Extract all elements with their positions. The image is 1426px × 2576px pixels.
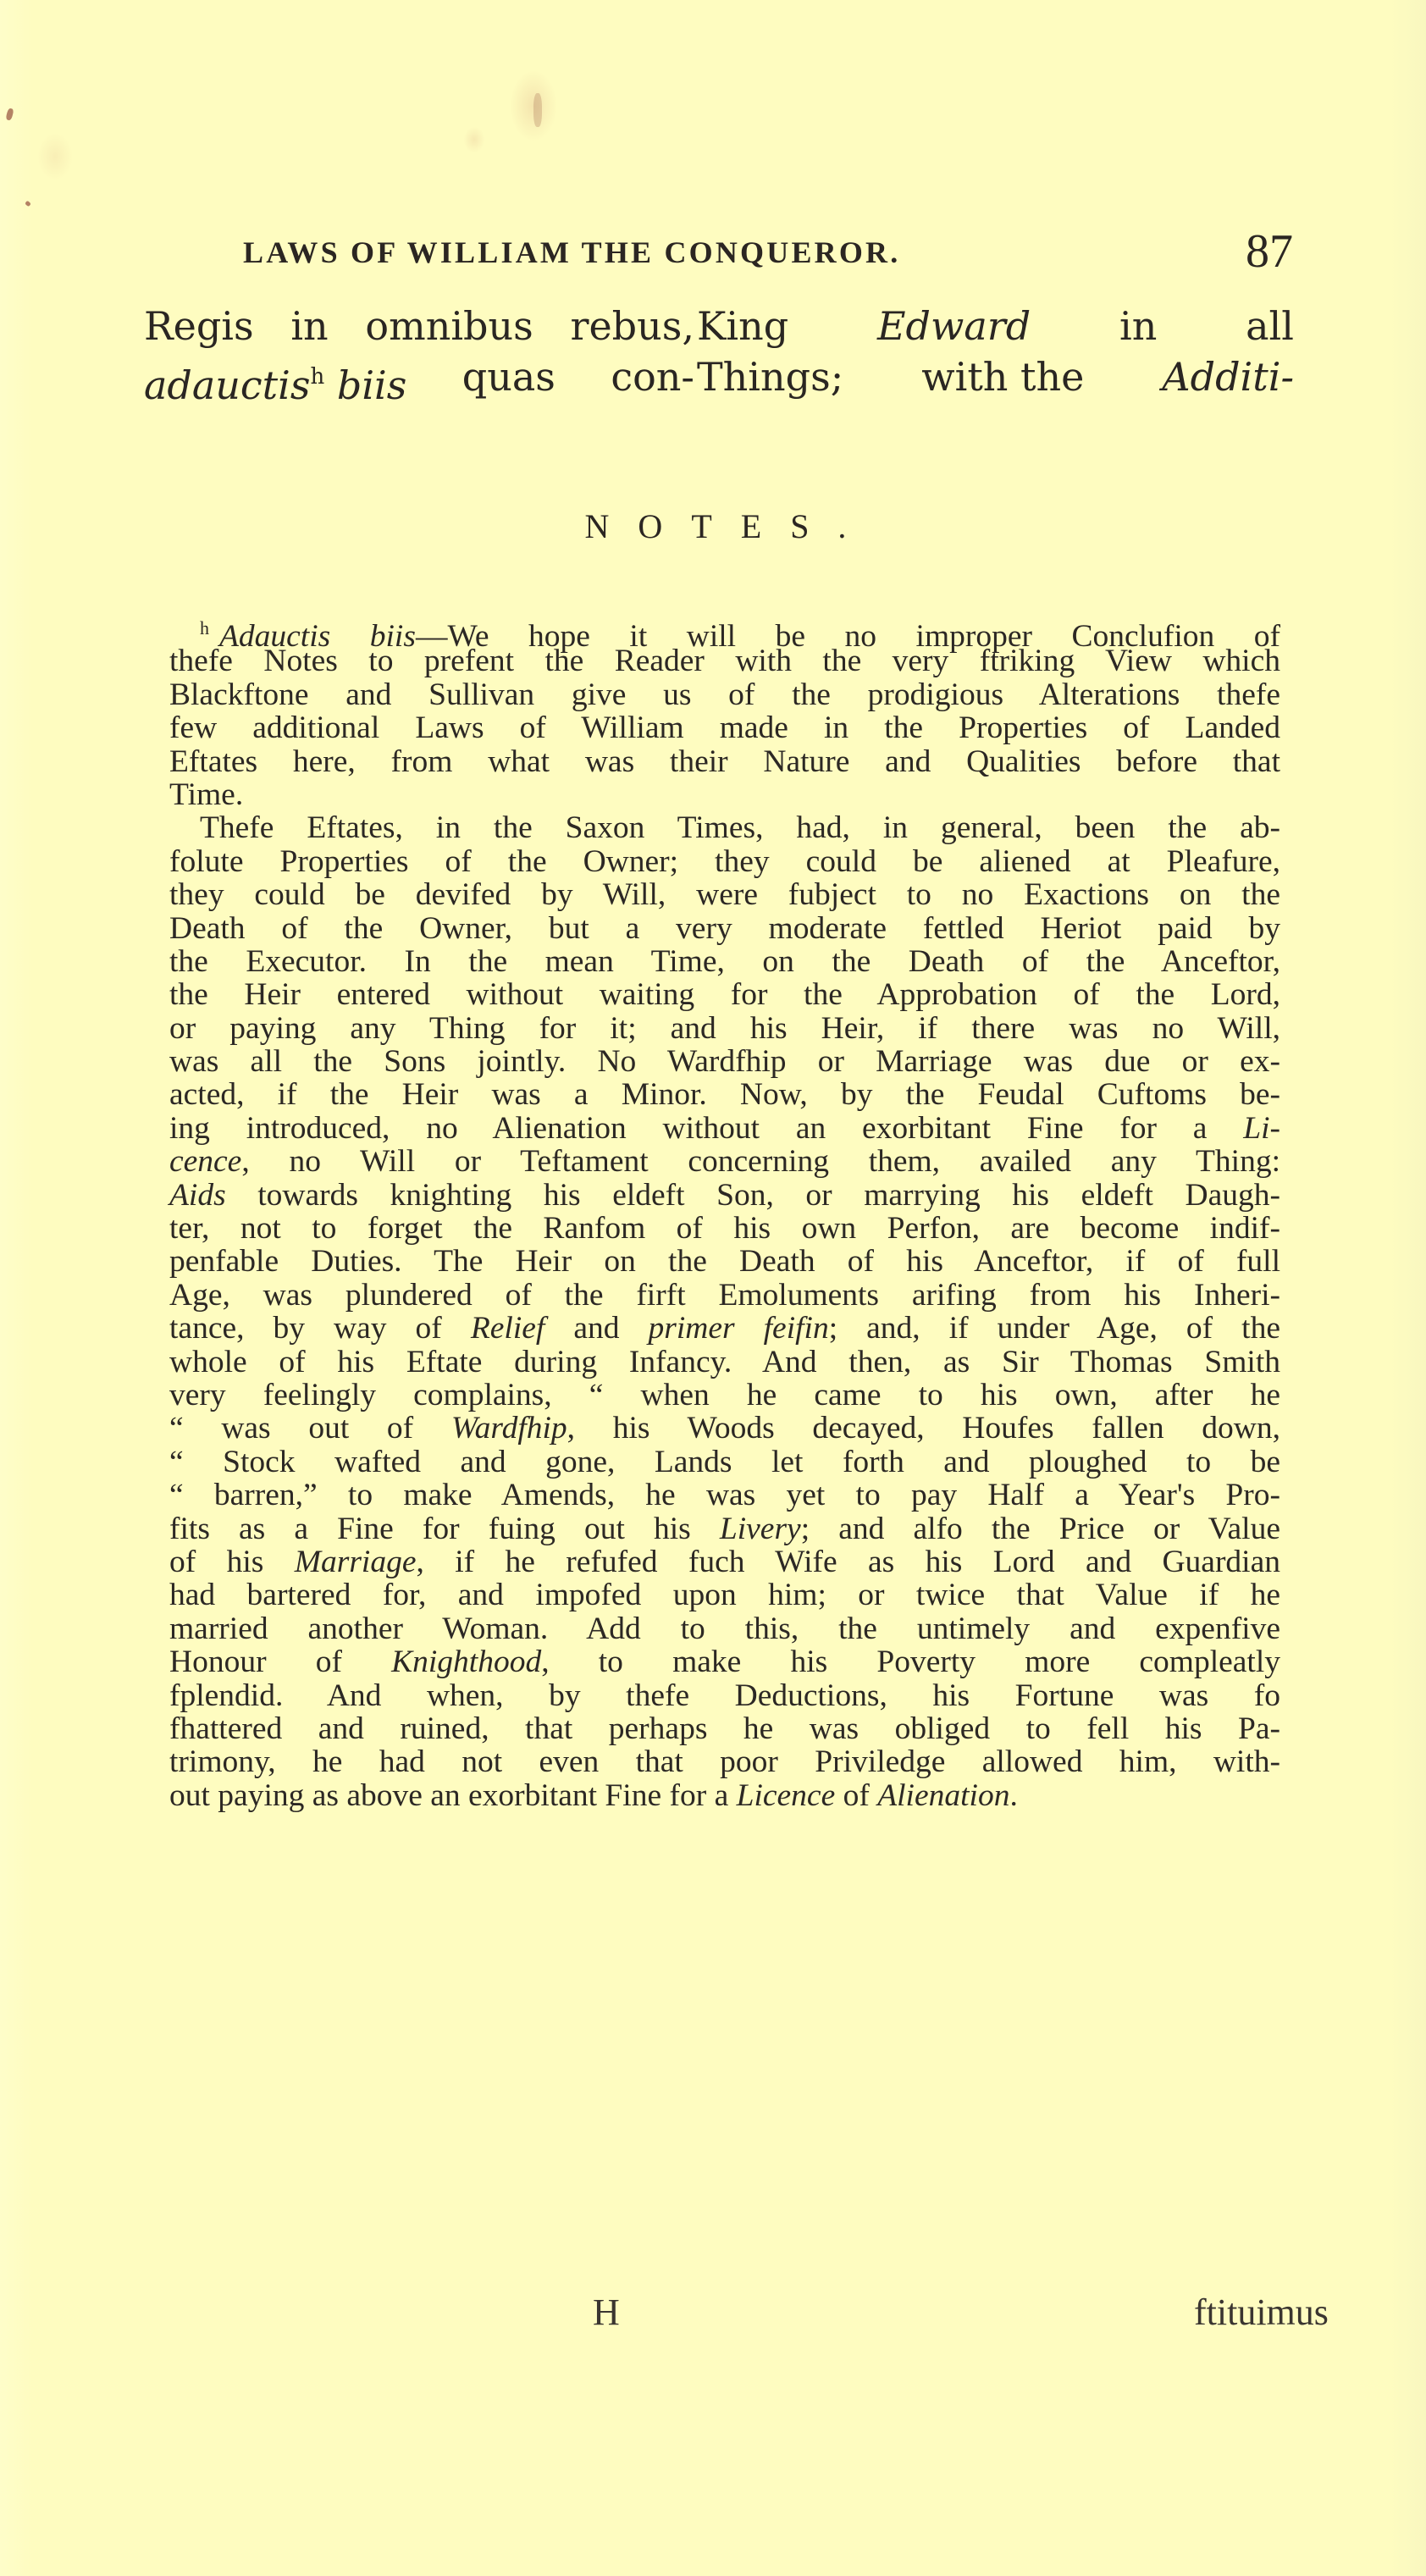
notes-text: and xyxy=(544,1311,648,1346)
english-line: Things; with the Additi- xyxy=(697,351,1294,402)
notes-line: they could be devifed by Will, were fubj… xyxy=(169,878,1280,911)
notes-line: folute Properties of the Owner; they cou… xyxy=(169,845,1280,878)
notes-text: the Heir entered without waiting for the… xyxy=(169,977,1280,1012)
notes-text: Blackftone and Sullivan give us of the p… xyxy=(169,677,1280,712)
notes-line: “ barren,” to make Amends, he was yet to… xyxy=(169,1479,1280,1512)
notes-text: “ was out of xyxy=(169,1411,451,1446)
notes-line: of his Marriage, if he refufed fuch Wife… xyxy=(169,1545,1280,1578)
notes-text: Age, was plundered of the firft Emolumen… xyxy=(169,1278,1280,1313)
latin-word: in xyxy=(290,301,328,351)
notes-line: fplendid. And when, by thefe Deductions,… xyxy=(169,1679,1280,1712)
latin-word: omnibus xyxy=(365,301,533,351)
italic-term: Relief xyxy=(471,1311,544,1346)
notes-line: thefe Notes to prefent the Reader with t… xyxy=(169,644,1280,677)
notes-text: ; and alfo the Price or Value xyxy=(801,1512,1280,1546)
notes-body: hAdauctis biis—We hope it will be no imp… xyxy=(169,611,1280,1812)
notes-text: trimony, he had not even that poor Privi… xyxy=(169,1744,1280,1779)
english-word: Things; xyxy=(697,351,843,402)
notes-line: penfable Duties. The Heir on the Death o… xyxy=(169,1245,1280,1278)
notes-text: few additional Laws of William made in t… xyxy=(169,710,1280,745)
notes-text: , no Will or Teftament concerning them, … xyxy=(241,1144,1280,1179)
page-number: 87 xyxy=(1246,224,1293,279)
notes-line: Honour of Knighthood, to make his Povert… xyxy=(169,1645,1280,1678)
notes-text: out paying as above an exorbitant Fine f… xyxy=(169,1778,737,1813)
notes-text: . xyxy=(1009,1778,1017,1813)
notes-text: of his xyxy=(169,1545,295,1579)
notes-line: hAdauctis biis—We hope it will be no imp… xyxy=(169,611,1280,644)
italic-term: primer feifin xyxy=(649,1311,829,1346)
notes-text: married another Woman. Add to this, the … xyxy=(169,1611,1280,1646)
notes-text: acted, if the Heir was a Minor. Now, by … xyxy=(169,1077,1280,1112)
foxing-speck xyxy=(25,201,31,207)
english-word: in xyxy=(1119,301,1157,351)
notes-text: Thefe Eftates, in the Saxon Times, had, … xyxy=(200,810,1280,845)
notes-text: whole of his Eftate during Infancy. And … xyxy=(169,1345,1280,1379)
notes-text: tance, by way of xyxy=(169,1311,471,1346)
latin-word: quas xyxy=(462,351,555,402)
notes-text: Honour of xyxy=(169,1645,391,1679)
notes-line: cence, no Will or Teftament concerning t… xyxy=(169,1145,1280,1178)
catchword: ftituimus xyxy=(1194,2291,1329,2334)
footnote-marker: h xyxy=(200,617,209,638)
latin-word: adauctis xyxy=(144,360,311,411)
notes-text: Death of the Owner, but a very moderate … xyxy=(169,911,1280,946)
latin-line: Regis in omnibus rebus, xyxy=(144,301,694,351)
notes-text: ter, not to forget the Ranfom of his own… xyxy=(169,1211,1280,1246)
italic-term: Marriage xyxy=(295,1545,417,1579)
foxing-speck xyxy=(5,108,14,120)
notes-line: married another Woman. Add to this, the … xyxy=(169,1612,1280,1645)
notes-text: , to make his Poverty more compleatly xyxy=(541,1645,1280,1679)
notes-line: “ was out of Wardfhip, his Woods decayed… xyxy=(169,1412,1280,1445)
italic-term: Aids xyxy=(169,1178,226,1213)
notes-text: or paying any Thing for it; and his Heir… xyxy=(169,1011,1280,1046)
foxing-speck xyxy=(533,93,542,127)
notes-line: “ Stock wafted and gone, Lands let forth… xyxy=(169,1446,1280,1479)
english-word: Edward xyxy=(877,301,1031,351)
signature-mark: H xyxy=(593,2291,620,2334)
notes-text: thefe Notes to prefent the Reader with t… xyxy=(169,644,1280,678)
notes-line: tance, by way of Relief and primer feifi… xyxy=(169,1312,1280,1345)
notes-text: the Executor. In the mean Time, on the D… xyxy=(169,944,1280,979)
english-line: King Edward in all xyxy=(697,301,1294,351)
notes-line: Blackftone and Sullivan give us of the p… xyxy=(169,678,1280,711)
notes-text: , if he refufed fuch Wife as his Lord an… xyxy=(416,1545,1280,1579)
notes-line: Age, was plundered of the firft Emolumen… xyxy=(169,1279,1280,1312)
notes-text: folute Properties of the Owner; they cou… xyxy=(169,844,1280,879)
latin-word: con- xyxy=(611,351,694,402)
italic-term: Wardfhip xyxy=(451,1411,567,1446)
english-word: all xyxy=(1246,301,1294,351)
notes-line: the Executor. In the mean Time, on the D… xyxy=(169,945,1280,978)
notes-text: towards knighting his eldeft Son, or mar… xyxy=(226,1178,1280,1213)
notes-line: or paying any Thing for it; and his Heir… xyxy=(169,1012,1280,1045)
english-column: King Edward in all Things; with the Addi… xyxy=(697,301,1294,402)
notes-text: , his Woods decayed, Houfes fallen down, xyxy=(567,1411,1280,1446)
running-head: LAWS OF WILLIAM THE CONQUEROR. 87 xyxy=(243,233,1293,284)
notes-text: ing introduced, no Alienation without an… xyxy=(169,1111,1243,1146)
english-word: Additi- xyxy=(1162,351,1294,402)
notes-line: Death of the Owner, but a very moderate … xyxy=(169,912,1280,945)
notes-text: was all the Sons jointly. No Wardfhip or… xyxy=(169,1044,1280,1079)
notes-line: Thefe Eftates, in the Saxon Times, had, … xyxy=(169,811,1280,844)
notes-text: had bartered for, and impofed upon him; … xyxy=(169,1578,1280,1612)
notes-line: Time. xyxy=(169,778,1280,811)
notes-text: fhattered and ruined, that perhaps he wa… xyxy=(169,1711,1280,1746)
italic-term: Alienation xyxy=(877,1778,1009,1813)
latin-word: Regis xyxy=(144,301,254,351)
italic-term: Li- xyxy=(1243,1111,1280,1146)
notes-text: “ Stock wafted and gone, Lands let forth… xyxy=(169,1445,1280,1479)
notes-text: ; and, if under Age, of the xyxy=(829,1311,1280,1346)
italic-term: cence xyxy=(169,1144,241,1179)
notes-text: “ barren,” to make Amends, he was yet to… xyxy=(169,1478,1280,1512)
italic-term: Knighthood xyxy=(391,1645,541,1679)
english-word: with the xyxy=(921,351,1084,402)
footnote-reference: h xyxy=(311,351,325,402)
running-title: LAWS OF WILLIAM THE CONQUEROR. xyxy=(243,235,900,270)
notes-line: had bartered for, and impofed upon him; … xyxy=(169,1578,1280,1611)
notes-line: very feelingly complains, “ when he came… xyxy=(169,1379,1280,1412)
notes-line: out paying as above an exorbitant Fine f… xyxy=(169,1779,1280,1812)
notes-line: was all the Sons jointly. No Wardfhip or… xyxy=(169,1045,1280,1078)
notes-text: Time. xyxy=(169,777,243,812)
notes-text: fplendid. And when, by thefe Deductions,… xyxy=(169,1678,1280,1713)
notes-text: Eftates here, from what was their Nature… xyxy=(169,744,1280,779)
latin-line: adauctish biis quas con- xyxy=(144,351,694,402)
italic-term: Licence xyxy=(737,1778,836,1813)
notes-line: acted, if the Heir was a Minor. Now, by … xyxy=(169,1078,1280,1111)
notes-line: ing introduced, no Alienation without an… xyxy=(169,1112,1280,1145)
latin-word-group: adauctish biis xyxy=(144,351,406,402)
notes-line: ter, not to forget the Ranfom of his own… xyxy=(169,1212,1280,1245)
latin-word: rebus, xyxy=(570,301,694,351)
notes-text: they could be devifed by Will, were fubj… xyxy=(169,877,1280,912)
notes-line: Eftates here, from what was their Nature… xyxy=(169,745,1280,778)
notes-line: Aids towards knighting his eldeft Son, o… xyxy=(169,1179,1280,1212)
notes-text: fits as a Fine for fuing out his xyxy=(169,1512,720,1546)
notes-text: penfable Duties. The Heir on the Death o… xyxy=(169,1244,1280,1279)
notes-line: trimony, he had not even that poor Privi… xyxy=(169,1745,1280,1778)
notes-heading: NOTES. xyxy=(0,506,1426,546)
english-word: King xyxy=(697,301,788,351)
italic-term: Livery xyxy=(720,1512,801,1546)
latin-column: Regis in omnibus rebus, adauctish biis q… xyxy=(144,301,694,402)
notes-line: fits as a Fine for fuing out his Livery;… xyxy=(169,1512,1280,1545)
notes-text: very feelingly complains, “ when he came… xyxy=(169,1378,1280,1412)
notes-text: of xyxy=(835,1778,877,1813)
notes-line: few additional Laws of William made in t… xyxy=(169,711,1280,744)
notes-line: whole of his Eftate during Infancy. And … xyxy=(169,1346,1280,1379)
latin-word: biis xyxy=(337,360,406,411)
notes-line: the Heir entered without waiting for the… xyxy=(169,978,1280,1011)
book-page: LAWS OF WILLIAM THE CONQUEROR. 87 Regis … xyxy=(0,0,1426,2576)
notes-line: fhattered and ruined, that perhaps he wa… xyxy=(169,1712,1280,1745)
